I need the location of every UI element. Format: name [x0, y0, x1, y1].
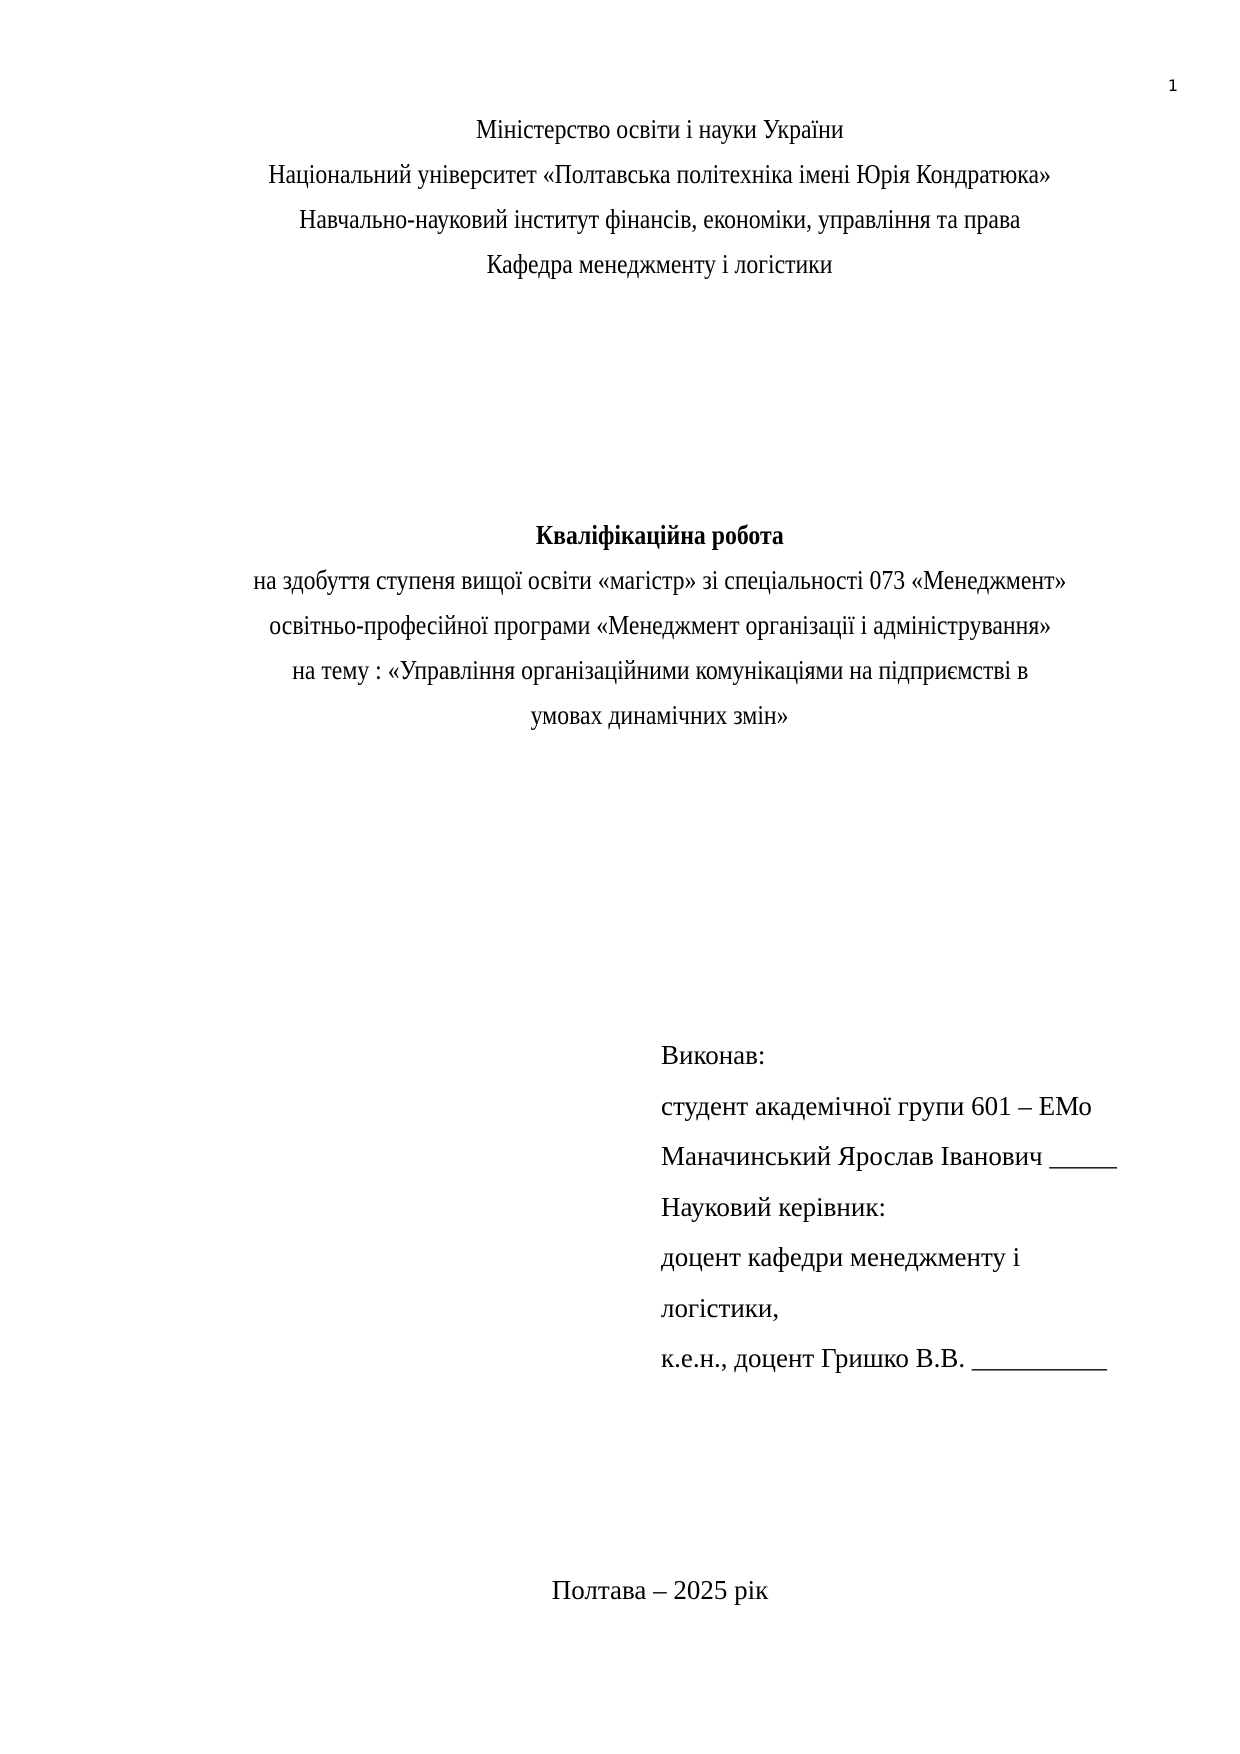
institute-name: Навчально-науковий інститут фінансів, ек… — [299, 204, 1020, 235]
supervisor-position-1: доцент кафедри менеджменту і — [661, 1232, 1117, 1283]
student-group: студент академічної групи 601 – ЕМо — [661, 1081, 1117, 1132]
document-title: Кваліфікаційна робота — [536, 520, 784, 551]
topic-line-1: на тему : «Управління організаційними ко… — [292, 655, 1028, 686]
supervisor-position-2: логістики, — [661, 1283, 1117, 1334]
author-block: Виконав: студент академічної групи 601 –… — [661, 1030, 1117, 1384]
student-name: Маначинський Ярослав Іванович _____ — [661, 1131, 1117, 1182]
ministry-name: Міністерство освіти і науки України — [476, 114, 843, 145]
city-year: Полтава – 2025 рік — [0, 1575, 1240, 1606]
topic-line-2: умовах динамічних змін» — [531, 700, 789, 731]
supervisor-name: к.е.н., доцент Гришко В.В. __________ — [661, 1333, 1117, 1384]
performed-label: Виконав: — [661, 1030, 1117, 1081]
program-line: освітньо-професійної програми «Менеджмен… — [269, 610, 1051, 641]
page-number: 1 — [1168, 76, 1178, 95]
degree-line: на здобуття ступеня вищої освіти «магіст… — [254, 565, 1067, 596]
department-name: Кафедра менеджменту і логістики — [487, 249, 833, 280]
university-name: Національний університет «Полтавська пол… — [269, 159, 1052, 190]
supervisor-label: Науковий керівник: — [661, 1182, 1117, 1233]
